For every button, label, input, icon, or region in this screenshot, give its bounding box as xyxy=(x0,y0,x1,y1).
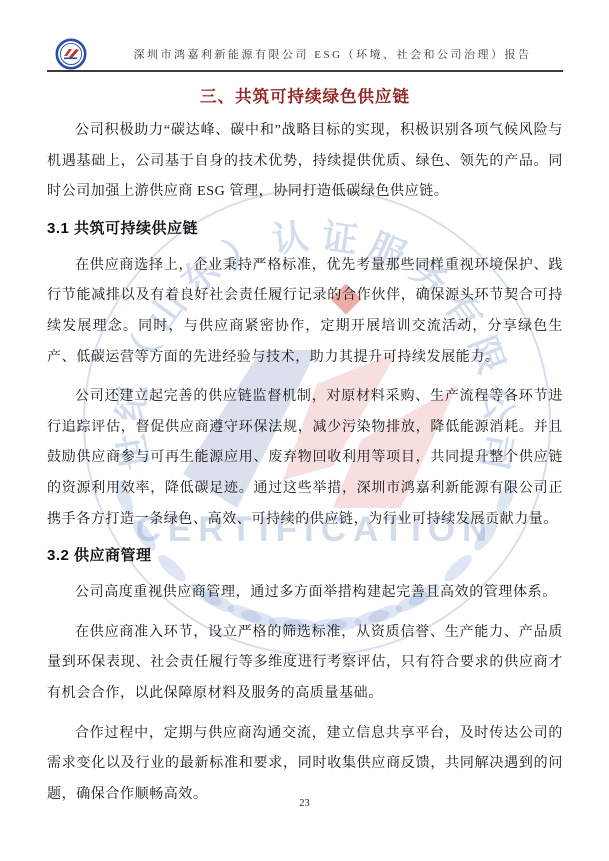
section-3-1-paragraph: 公司还建立起完善的供应链监督机制，对原材料采购、生产流程等各环节进行追踪评估，督… xyxy=(47,382,563,535)
chapter-title: 三、共筑可持续绿色供应链 xyxy=(47,83,563,107)
section-3-2-paragraph: 在供应商准入环节，设立严格的筛选标准，从资质信誉、生产能力、产品质量到环保表现、… xyxy=(47,618,563,710)
page-number: 23 xyxy=(0,798,609,809)
section-heading-3-1: 3.1 共筑可持续供应链 xyxy=(47,215,563,242)
page-content: 三、共筑可持续绿色供应链 公司积极助力“碳达峰、碳中和”战略目标的实现，积极识别… xyxy=(47,70,563,810)
section-3-2-paragraph: 合作过程中，定期与供应商沟通交流，建立信息共享平台，及时传达公司的需求变化以及行… xyxy=(47,719,563,811)
report-title: 深圳市鸿嘉利新能源有限公司 ESG（环境、社会和公司治理）报告 xyxy=(102,46,563,62)
page-header: 深圳市鸿嘉利新能源有限公司 ESG（环境、社会和公司治理）报告 xyxy=(47,0,563,72)
document-page: 世纪（山东）认证服务有限公司 CERTIFICATION 深圳市鸿嘉利新能源有限… xyxy=(0,0,609,861)
section-heading-3-2: 3.2 供应商管理 xyxy=(47,542,563,569)
company-logo-icon xyxy=(55,38,87,70)
section-3-1-paragraph: 在供应商选择上，企业秉持严格标准，优先考量那些同样重视环境保护、践行节能减排以及… xyxy=(47,251,563,373)
intro-paragraph: 公司积极助力“碳达峰、碳中和”战略目标的实现，积极识别各项气候风险与机遇基础上，… xyxy=(47,116,563,208)
section-3-2-paragraph: 公司高度重视供应商管理，通过多方面举措构建起完善且高效的管理体系。 xyxy=(47,578,563,609)
